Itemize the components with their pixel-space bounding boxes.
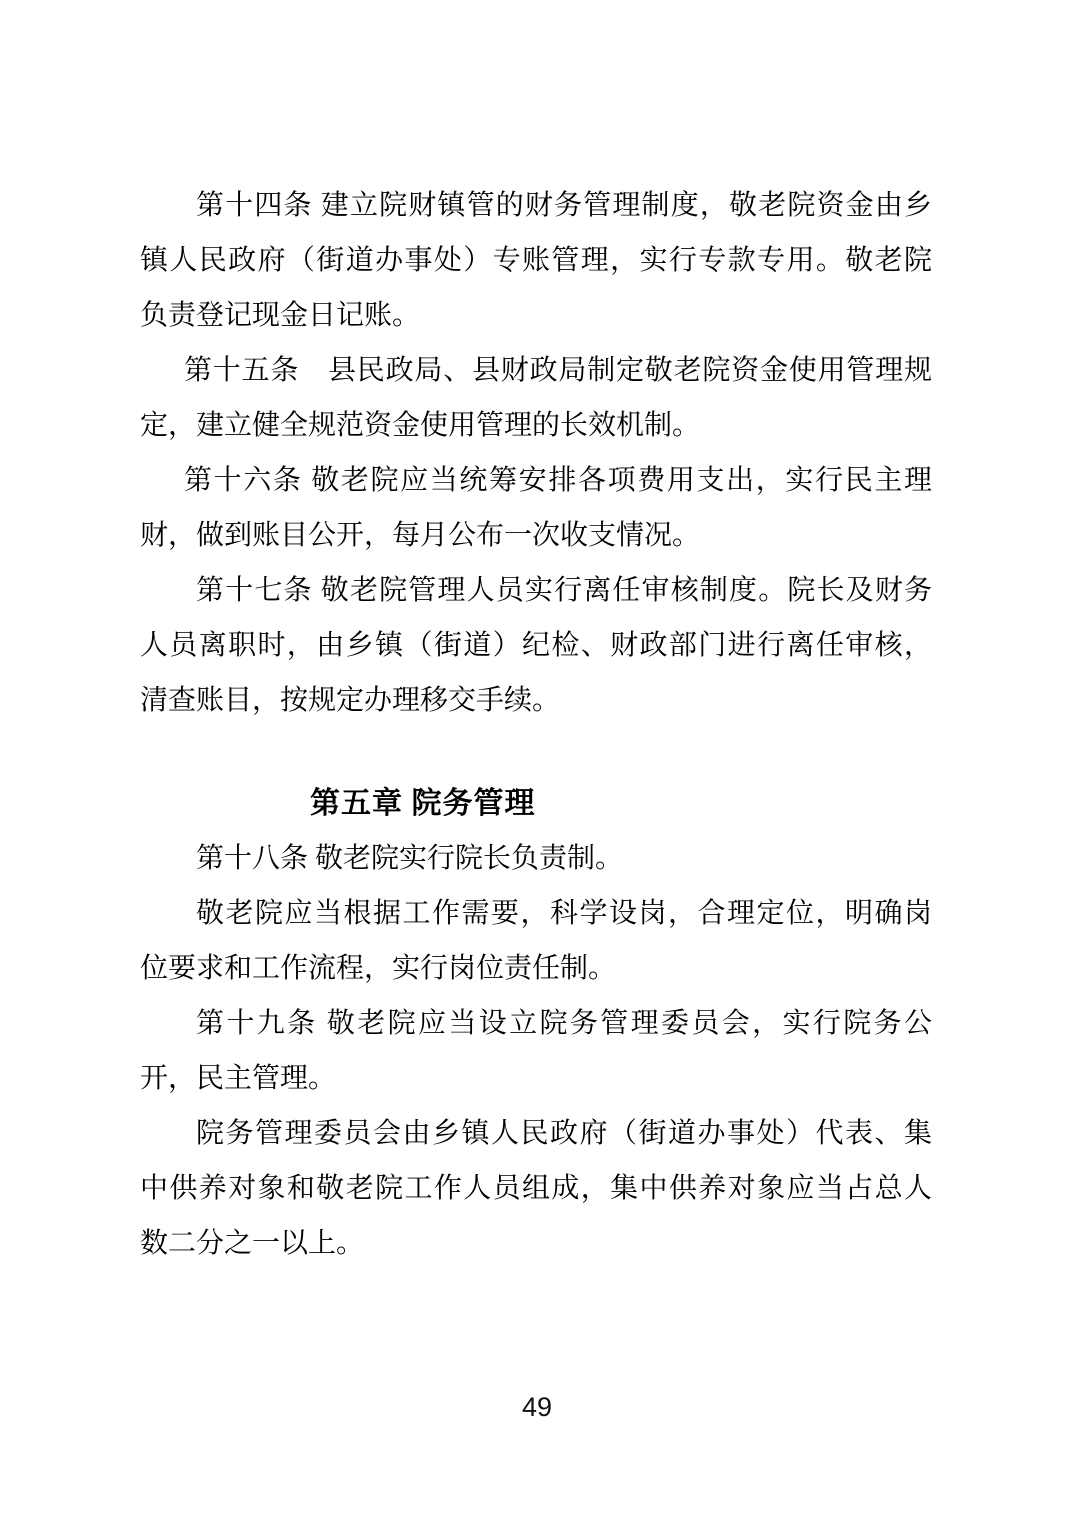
text-line: 中供养对象和敬老院工作人员组成，集中供养对象应当占总人 (140, 1161, 932, 1216)
paragraph-article-19: 第十九条 敬老院应当设立院务管理委员会，实行院务公 开，民主管理。 (140, 996, 932, 1106)
text-line: 第十八条 敬老院实行院长负责制。 (140, 831, 932, 886)
text-line: 第十五条 县民政局、县财政局制定敬老院资金使用管理规 (140, 343, 932, 398)
text-line: 开，民主管理。 (140, 1051, 932, 1106)
text-line: 人员离职时，由乡镇（街道）纪检、财政部门进行离任审核， (140, 618, 932, 673)
document-page: 第十四条 建立院财镇管的财务管理制度，敬老院资金由乡 镇人民政府（街道办事处）专… (0, 0, 1074, 1520)
paragraph-article-17: 第十七条 敬老院管理人员实行离任审核制度。院长及财务 人员离职时，由乡镇（街道）… (140, 563, 932, 728)
text-line: 财，做到账目公开，每月公布一次收支情况。 (140, 508, 932, 563)
text-line: 位要求和工作流程，实行岗位责任制。 (140, 941, 932, 996)
page-number: 49 (0, 1392, 1074, 1423)
paragraph-article-16: 第十六条 敬老院应当统筹安排各项费用支出，实行民主理 财，做到账目公开，每月公布… (140, 453, 932, 563)
paragraph-article-18: 第十八条 敬老院实行院长负责制。 (140, 831, 932, 886)
text-line: 第十六条 敬老院应当统筹安排各项费用支出，实行民主理 (140, 453, 932, 508)
text-line: 负责登记现金日记账。 (140, 288, 932, 343)
paragraph-article-18-2: 敬老院应当根据工作需要，科学设岗，合理定位，明确岗 位要求和工作流程，实行岗位责… (140, 886, 932, 996)
text-line: 数二分之一以上。 (140, 1216, 932, 1271)
chapter-heading: 第五章 院务管理 (310, 776, 932, 831)
text-line: 第十四条 建立院财镇管的财务管理制度，敬老院资金由乡 (140, 178, 932, 233)
paragraph-article-14: 第十四条 建立院财镇管的财务管理制度，敬老院资金由乡 镇人民政府（街道办事处）专… (140, 178, 932, 343)
text-line: 清查账目，按规定办理移交手续。 (140, 673, 932, 728)
text-line: 定，建立健全规范资金使用管理的长效机制。 (140, 398, 932, 453)
paragraph-article-15: 第十五条 县民政局、县财政局制定敬老院资金使用管理规 定，建立健全规范资金使用管… (140, 343, 932, 453)
paragraph-article-19-2: 院务管理委员会由乡镇人民政府（街道办事处）代表、集 中供养对象和敬老院工作人员组… (140, 1106, 932, 1271)
document-body: 第十四条 建立院财镇管的财务管理制度，敬老院资金由乡 镇人民政府（街道办事处）专… (140, 178, 932, 1271)
text-line: 镇人民政府（街道办事处）专账管理，实行专款专用。敬老院 (140, 233, 932, 288)
text-line: 第十九条 敬老院应当设立院务管理委员会，实行院务公 (140, 996, 932, 1051)
text-line: 敬老院应当根据工作需要，科学设岗，合理定位，明确岗 (140, 886, 932, 941)
text-line: 第十七条 敬老院管理人员实行离任审核制度。院长及财务 (140, 563, 932, 618)
text-line: 院务管理委员会由乡镇人民政府（街道办事处）代表、集 (140, 1106, 932, 1161)
